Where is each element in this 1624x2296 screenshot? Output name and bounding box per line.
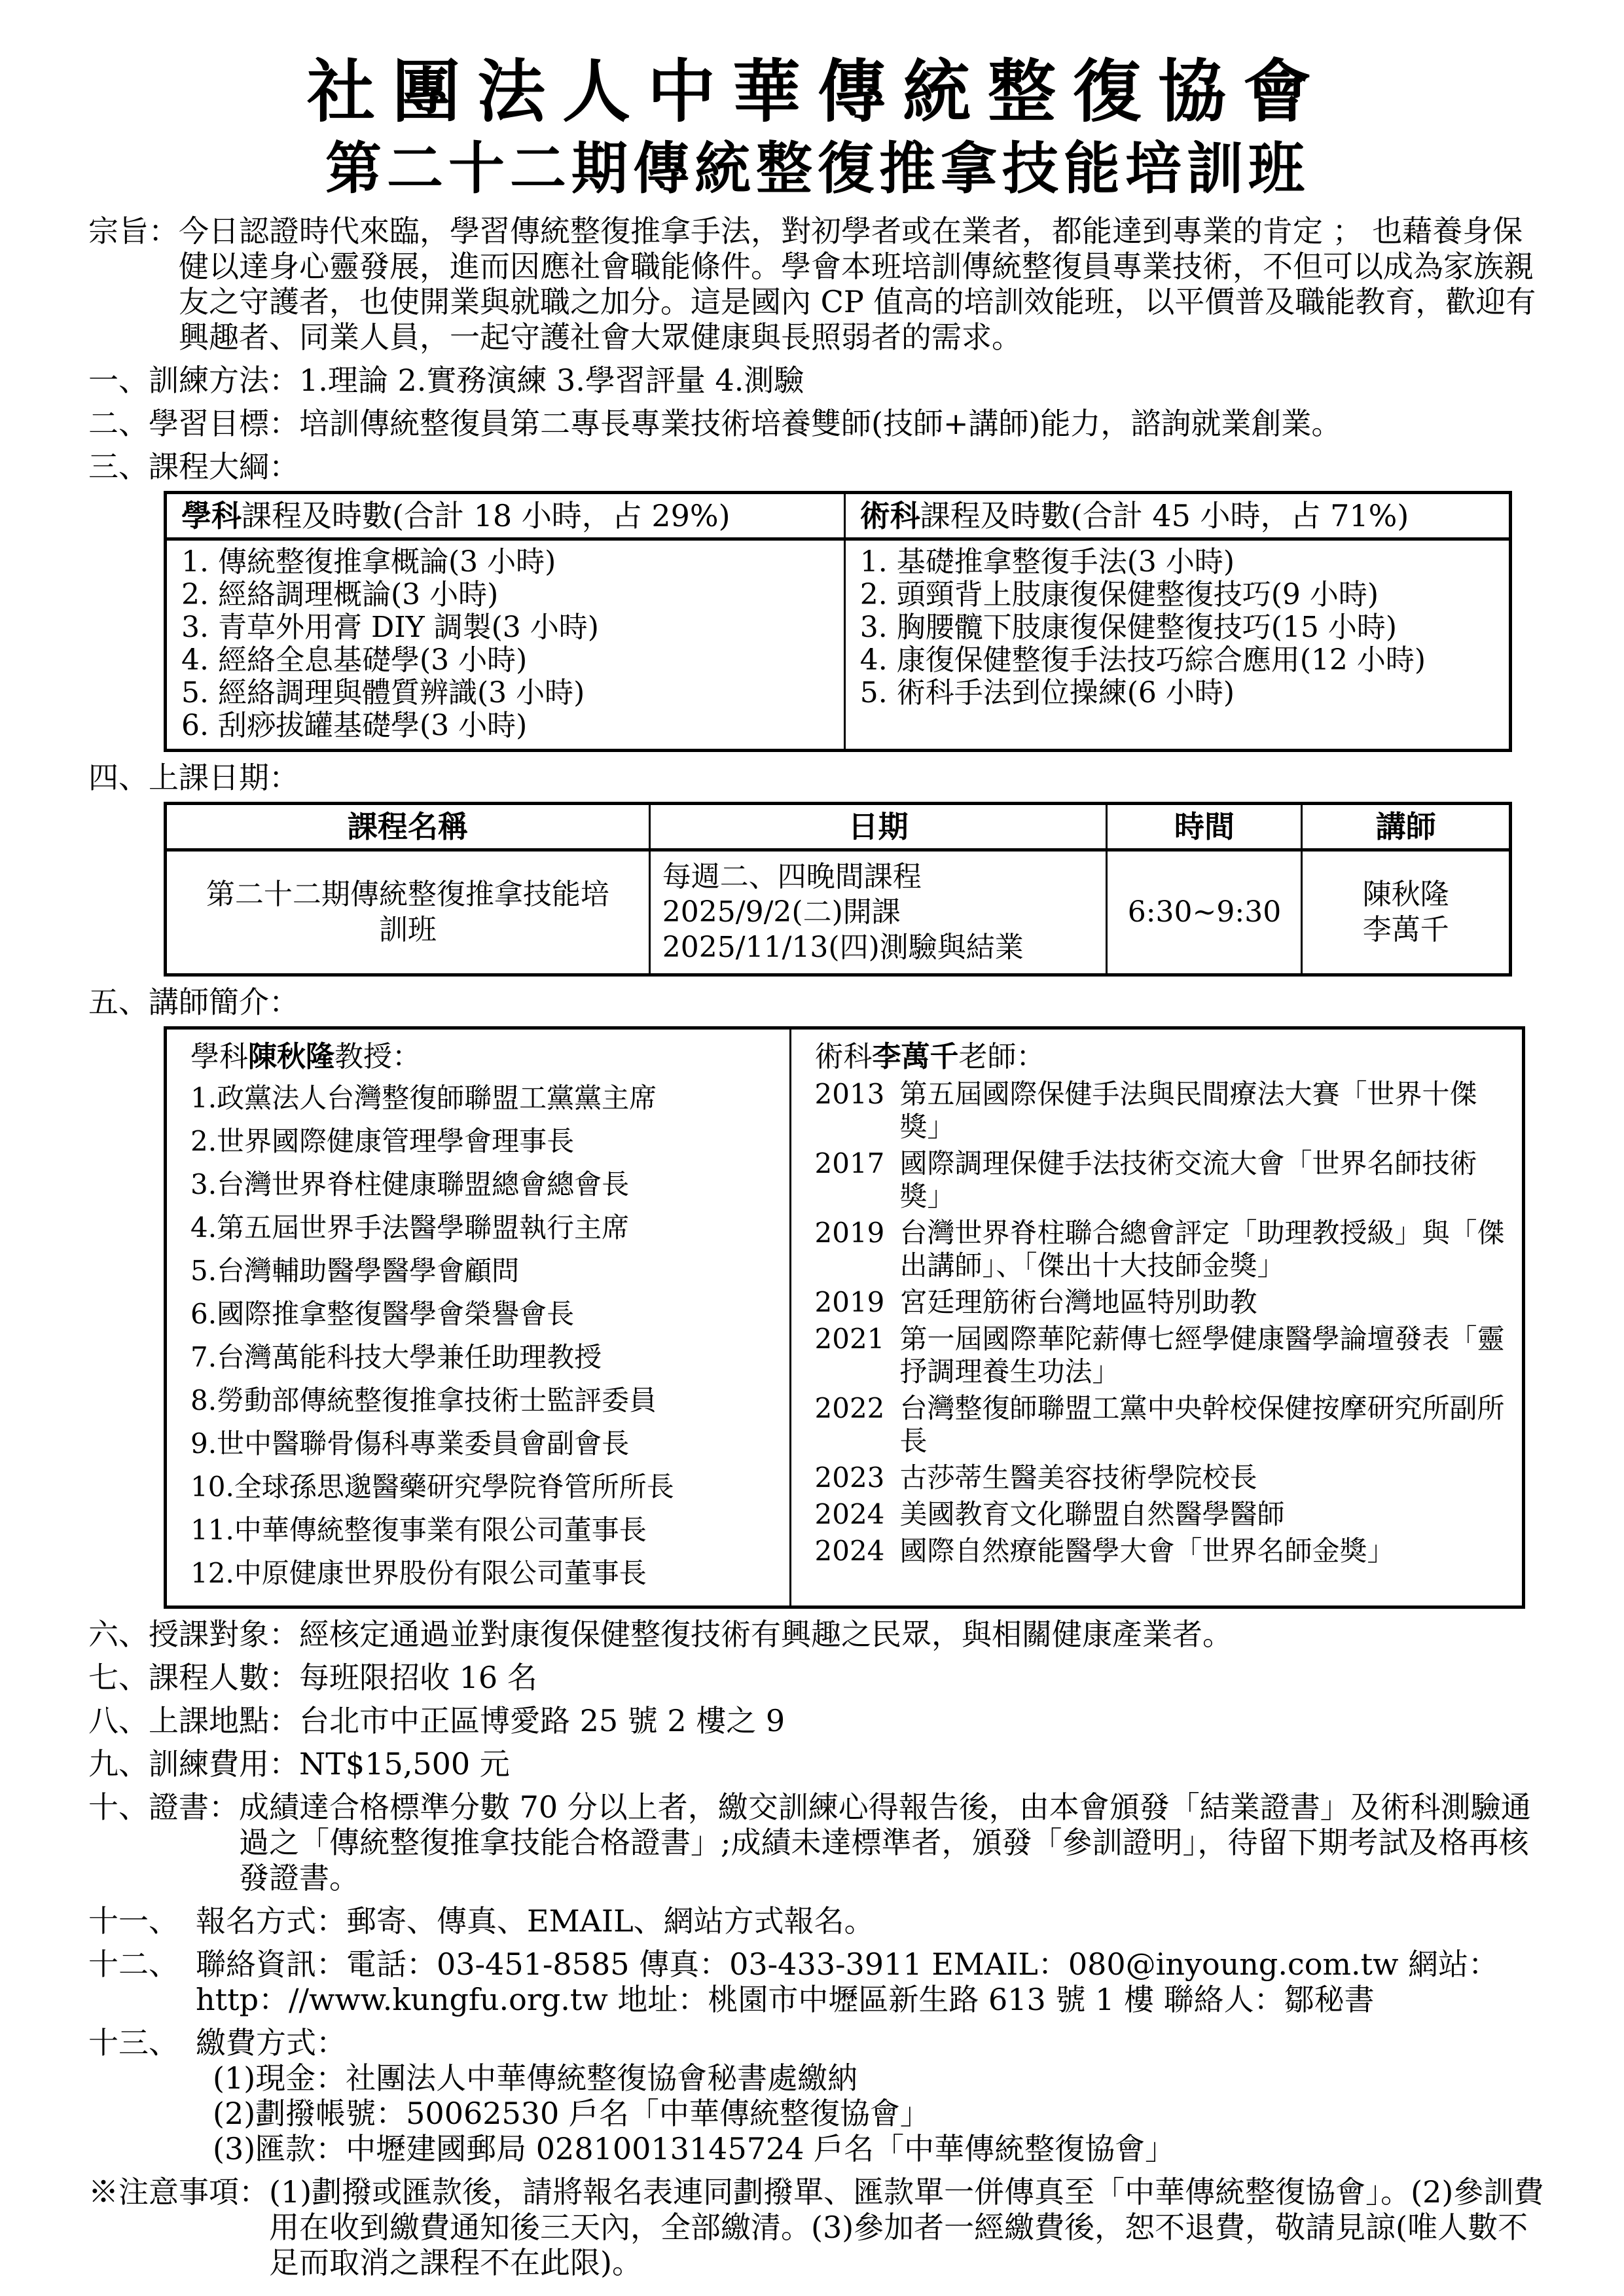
credential-text: 台灣整復師聯盟工黨中央幹校保健按摩研究所副所長 — [900, 1392, 1512, 1458]
schedule-header-row: 課程名稱 日期 時間 講師 — [166, 804, 1511, 850]
curriculum-table: 學科課程及時數(合計 18 小時，占 29%) 術科課程及時數(合計 45 小時… — [164, 491, 1512, 752]
course-item: 6. 刮痧拔罐基礎學(3 小時) — [181, 709, 837, 742]
credential-year: 2022 — [815, 1392, 900, 1458]
credential-year: 2021 — [815, 1323, 900, 1388]
credential-item: 12.中原健康世界股份有限公司董事長 — [190, 1554, 779, 1592]
date-line: 2025/11/13(四)測驗與結業 — [662, 930, 1094, 965]
curriculum-header-row: 學科課程及時數(合計 18 小時，占 29%) 術科課程及時數(合計 45 小時… — [166, 493, 1511, 539]
section-label: 課程大綱： — [149, 449, 299, 484]
schedule-data-row: 第二十二期傳統整復推拿技能培訓班 每週二、四晚間課程 2025/9/2(二)開課… — [166, 850, 1511, 975]
section-location: 八、 上課地點： 台北市中正區博愛路 25 號 2 樓之 9 — [88, 1703, 1547, 1738]
credential-text: 第五屆國際保健手法與民間療法大賽「世界十傑獎」 — [900, 1078, 1512, 1143]
instructor-left-cell: 學科陳秋隆教授： 1.政黨法人台灣整復師聯盟工黨黨主席 2.世界國際健康管理學會… — [166, 1028, 791, 1607]
course-item: 5. 經絡調理與體質辨識(3 小時) — [181, 677, 837, 709]
date-line: 2025/9/2(二)開課 — [662, 895, 1094, 930]
credential-entry: 2017國際調理保健手法技術交流大會「世界名師技術獎」 — [815, 1147, 1512, 1213]
doc-subtitle: 第二十二期傳統整復推拿技能培訓班 — [88, 136, 1547, 202]
credential-item: 4.第五屆世界手法醫學聯盟執行主席 — [190, 1209, 779, 1247]
credential-year: 2017 — [815, 1147, 900, 1213]
credential-item: 7.台灣萬能科技大學兼任助理教授 — [190, 1338, 779, 1376]
payment-method-line: (2)劃撥帳號：50062530 戶名「中華傳統整復協會」 — [213, 2096, 1547, 2131]
credential-item: 2.世界國際健康管理學會理事長 — [190, 1122, 779, 1160]
section-number: 十、 — [88, 1789, 149, 1825]
instructor-left-heading: 學科陳秋隆教授： — [190, 1040, 779, 1074]
section-text: 台北市中正區博愛路 25 號 2 樓之 9 — [299, 1703, 1547, 1738]
curriculum-body-row: 1. 傳統整復推拿概論(3 小時) 2. 經絡調理概論(3 小時) 3. 青草外… — [166, 539, 1511, 751]
credential-item: 1.政黨法人台灣整復師聯盟工黨黨主席 — [190, 1079, 779, 1117]
time-cell: 6:30~9:30 — [1107, 850, 1302, 975]
credential-text: 第一屆國際華陀薪傳七經學健康醫學論壇發表「靈抒調理養生功法」 — [900, 1323, 1512, 1388]
curriculum-right-cell: 1. 基礎推拿整復手法(3 小時) 2. 頭頸背上肢康復保健整復技巧(9 小時)… — [844, 539, 1510, 751]
course-item: 1. 基礎推拿整復手法(3 小時) — [860, 546, 1502, 579]
column-header-teacher: 講師 — [1302, 804, 1511, 850]
section-registration: 十一、 報名方式： 郵寄、傳真、EMAIL、網站方式報名。 — [88, 1903, 1547, 1939]
credential-item: 9.世中醫聯骨傷科專業委員會副會長 — [190, 1425, 779, 1463]
credential-entry: 2019台灣世界脊柱聯合總會評定「助理教授級」與「傑出講師」、「傑出十大技師金獎… — [815, 1217, 1512, 1282]
section-class-size: 七、 課程人數： 每班限招收 16 名 — [88, 1660, 1547, 1695]
curriculum-left-header: 學科課程及時數(合計 18 小時，占 29%) — [166, 493, 845, 539]
curriculum-right-header-text: 課程及時數(合計 45 小時，占 71%) — [920, 498, 1409, 533]
document-page: 社團法人中華傳統整復協會 第二十二期傳統整復推拿技能培訓班 宗旨： 今日認證時代… — [0, 0, 1624, 2296]
section-text: 1.理論 2.實務演練 3.學習評量 4.測驗 — [299, 363, 1547, 398]
curriculum-right-header: 術科課程及時數(合計 45 小時，占 71%) — [844, 493, 1510, 539]
section-text: 聯絡資訊：電話：03-451-8585 傳真：03-433-3911 EMAIL… — [196, 1946, 1547, 2017]
credential-text: 國際自然療能醫學大會「世界名師金獎」 — [900, 1535, 1512, 1568]
instructor-name: 陳秋隆 — [248, 1040, 334, 1073]
section-label: 授課對象： — [149, 1617, 299, 1652]
section-text: 成績達合格標準分數 70 分以上者，繳交訓練心得報告後，由本會頒發「結業證書」及… — [239, 1789, 1547, 1895]
instructor-right-heading: 術科李萬千老師： — [815, 1040, 1512, 1074]
section-text: NT$15,500 元 — [299, 1746, 1547, 1782]
course-item: 5. 術科手法到位操練(6 小時) — [860, 677, 1502, 709]
course-item: 2. 經絡調理概論(3 小時) — [181, 579, 837, 611]
credential-entry: 2022台灣整復師聯盟工黨中央幹校保健按摩研究所副所長 — [815, 1392, 1512, 1458]
subject-type-label: 學科 — [181, 498, 242, 533]
course-item: 3. 胸腰髖下肢康復保健整復技巧(15 小時) — [860, 611, 1502, 644]
course-item: 1. 傳統整復推拿概論(3 小時) — [181, 546, 837, 579]
instructor-row: 學科陳秋隆教授： 1.政黨法人台灣整復師聯盟工黨黨主席 2.世界國際健康管理學會… — [166, 1028, 1524, 1607]
curriculum-left-header-text: 課程及時數(合計 18 小時，占 29%) — [242, 498, 731, 533]
notes-text: (1)劃撥或匯款後，請將報名表連同劃撥單、匯款單一併傳真至「中華傳統整復協會」。… — [269, 2174, 1547, 2280]
notes-paragraph: ※注意事項： (1)劃撥或匯款後，請將報名表連同劃撥單、匯款單一併傳真至「中華傳… — [88, 2174, 1547, 2280]
course-item: 4. 經絡全息基礎學(3 小時) — [181, 644, 837, 677]
credential-entry: 2013第五屆國際保健手法與民間療法大賽「世界十傑獎」 — [815, 1078, 1512, 1143]
section-number: 十二、 — [88, 1946, 179, 1982]
payment-method-line: (3)匯款：中壢建國郵局 02810013145724 戶名「中華傳統整復協會」 — [213, 2131, 1547, 2166]
credential-year: 2024 — [815, 1498, 900, 1531]
section-label: 訓練費用： — [149, 1746, 299, 1782]
credential-item: 5.台灣輔助醫學醫學會顧問 — [190, 1252, 779, 1290]
section-label: 上課日期： — [149, 760, 299, 795]
subject-type-label: 術科 — [815, 1040, 873, 1073]
section-label: 學習目標： — [149, 406, 299, 441]
subject-type-label: 術科 — [860, 498, 920, 533]
course-name-cell: 第二十二期傳統整復推拿技能培訓班 — [166, 850, 650, 975]
section-label: 講師簡介： — [149, 984, 299, 1020]
section-number: 六、 — [88, 1617, 149, 1652]
section-target-audience: 六、 授課對象： 經核定通過並對康復保健整復技術有興趣之民眾，與相關健康產業者。 — [88, 1617, 1547, 1652]
date-cell: 每週二、四晚間課程 2025/9/2(二)開課 2025/11/13(四)測驗與… — [649, 850, 1107, 975]
credential-entry: 2019宮廷理筋術台灣地區特別助教 — [815, 1286, 1512, 1319]
purpose-paragraph: 宗旨： 今日認證時代來臨，學習傳統整復推拿手法，對初學者或在業者，都能達到專業的… — [88, 213, 1547, 355]
section-number: 三、 — [88, 449, 149, 484]
section-label: 繳費方式： — [196, 2025, 346, 2060]
doc-title: 社團法人中華傳統整復協會 — [88, 52, 1547, 131]
section-learning-goal: 二、 學習目標： 培訓傳統整復員第二專長專業技術培養雙師(技師+講師)能力，諮詢… — [88, 406, 1547, 441]
section-training-method: 一、 訓練方法： 1.理論 2.實務演練 3.學習評量 4.測驗 — [88, 363, 1547, 398]
schedule-table: 課程名稱 日期 時間 講師 第二十二期傳統整復推拿技能培訓班 每週二、四晚間課程… — [164, 802, 1512, 977]
credential-item: 3.台灣世界脊柱健康聯盟總會總會長 — [190, 1166, 779, 1204]
instructor-right-cell: 術科李萬千老師： 2013第五屆國際保健手法與民間療法大賽「世界十傑獎」 201… — [790, 1028, 1524, 1607]
credential-entry: 2024國際自然療能醫學大會「世界名師金獎」 — [815, 1535, 1512, 1568]
payment-methods: (1)現金：社團法人中華傳統整復協會秘書處繳納 (2)劃撥帳號：50062530… — [88, 2060, 1547, 2166]
section-text: 郵寄、傳真、EMAIL、網站方式報名。 — [346, 1903, 1547, 1939]
credential-item: 6.國際推拿整復醫學會榮譽會長 — [190, 1295, 779, 1333]
course-item: 2. 頭頸背上肢康復保健整復技巧(9 小時) — [860, 579, 1502, 611]
column-header-date: 日期 — [649, 804, 1107, 850]
course-item: 4. 康復保健整復手法技巧綜合應用(12 小時) — [860, 644, 1502, 677]
subject-type-label: 學科 — [190, 1040, 248, 1073]
instructor-table: 學科陳秋隆教授： 1.政黨法人台灣整復師聯盟工黨黨主席 2.世界國際健康管理學會… — [164, 1026, 1525, 1609]
credential-text: 宮廷理筋術台灣地區特別助教 — [900, 1286, 1512, 1319]
section-contact: 十二、 聯絡資訊：電話：03-451-8585 傳真：03-433-3911 E… — [88, 1946, 1547, 2017]
payment-method-line: (1)現金：社團法人中華傳統整復協會秘書處繳納 — [213, 2060, 1547, 2096]
credential-item: 10.全球孫思邈醫藥研究學院脊管所所長 — [190, 1468, 779, 1506]
section-text: 培訓傳統整復員第二專長專業技術培養雙師(技師+講師)能力，諮詢就業創業。 — [299, 406, 1547, 441]
instructor-title: 教授： — [334, 1040, 421, 1073]
section-label: 報名方式： — [196, 1903, 346, 1939]
section-instructor-intro: 五、 講師簡介： — [88, 984, 1547, 1020]
section-label: 上課地點： — [149, 1703, 299, 1738]
section-number: 九、 — [88, 1746, 149, 1782]
teacher-name: 李萬千 — [1314, 912, 1497, 948]
course-item: 3. 青草外用膏 DIY 調製(3 小時) — [181, 611, 837, 644]
date-line: 每週二、四晚間課程 — [662, 859, 1094, 895]
section-certificate: 十、 證書： 成績達合格標準分數 70 分以上者，繳交訓練心得報告後，由本會頒發… — [88, 1789, 1547, 1895]
section-text: 每班限招收 16 名 — [299, 1660, 1547, 1695]
section-text: 經核定通過並對康復保健整復技術有興趣之民眾，與相關健康產業者。 — [299, 1617, 1547, 1652]
credential-text: 古莎蒂生醫美容技術學院校長 — [900, 1462, 1512, 1494]
section-label: 課程人數： — [149, 1660, 299, 1695]
credential-year: 2013 — [815, 1078, 900, 1143]
section-label: 訓練方法： — [149, 363, 299, 398]
credential-item: 8.勞動部傳統整復推拿技術士監評委員 — [190, 1382, 779, 1420]
purpose-label: 宗旨： — [88, 213, 179, 249]
credential-year: 2023 — [815, 1462, 900, 1494]
section-number: 二、 — [88, 406, 149, 441]
section-number: 七、 — [88, 1660, 149, 1695]
credential-year: 2024 — [815, 1535, 900, 1568]
teacher-cell: 陳秋隆 李萬千 — [1302, 850, 1511, 975]
section-payment: 十三、 繳費方式： — [88, 2025, 1547, 2060]
section-course-outline: 三、 課程大綱： — [88, 449, 1547, 484]
credential-text: 國際調理保健手法技術交流大會「世界名師技術獎」 — [900, 1147, 1512, 1213]
section-number: 八、 — [88, 1703, 149, 1738]
column-header-course-name: 課程名稱 — [166, 804, 650, 850]
section-number: 四、 — [88, 760, 149, 795]
credential-text: 美國教育文化聯盟自然醫學醫師 — [900, 1498, 1512, 1531]
purpose-text: 今日認證時代來臨，學習傳統整復推拿手法，對初學者或在業者，都能達到專業的肯定 ；… — [179, 213, 1547, 355]
credential-entry: 2021第一屆國際華陀薪傳七經學健康醫學論壇發表「靈抒調理養生功法」 — [815, 1323, 1512, 1388]
credential-entry: 2024美國教育文化聯盟自然醫學醫師 — [815, 1498, 1512, 1531]
instructor-name: 李萬千 — [873, 1040, 959, 1073]
column-header-time: 時間 — [1107, 804, 1302, 850]
section-label: 聯絡資訊： — [196, 1946, 346, 1982]
section-number: 十一、 — [88, 1903, 179, 1939]
credential-text: 台灣世界脊柱聯合總會評定「助理教授級」與「傑出講師」、「傑出十大技師金獎」 — [900, 1217, 1512, 1282]
credential-year: 2019 — [815, 1217, 900, 1282]
section-number: 一、 — [88, 363, 149, 398]
section-label: 證書： — [149, 1789, 239, 1825]
credential-item: 11.中華傳統整復事業有限公司董事長 — [190, 1511, 779, 1549]
teacher-name: 陳秋隆 — [1314, 877, 1497, 912]
section-class-dates: 四、 上課日期： — [88, 760, 1547, 795]
section-fee: 九、 訓練費用： NT$15,500 元 — [88, 1746, 1547, 1782]
section-number: 五、 — [88, 984, 149, 1020]
instructor-title: 老師： — [959, 1040, 1045, 1073]
credential-entry: 2023古莎蒂生醫美容技術學院校長 — [815, 1462, 1512, 1494]
curriculum-left-cell: 1. 傳統整復推拿概論(3 小時) 2. 經絡調理概論(3 小時) 3. 青草外… — [166, 539, 845, 751]
credential-year: 2019 — [815, 1286, 900, 1319]
contact-details: 電話：03-451-8585 傳真：03-433-3911 EMAIL：080@… — [196, 1946, 1498, 2017]
section-number: 十三、 — [88, 2025, 179, 2060]
notes-label: ※注意事項： — [88, 2174, 269, 2210]
